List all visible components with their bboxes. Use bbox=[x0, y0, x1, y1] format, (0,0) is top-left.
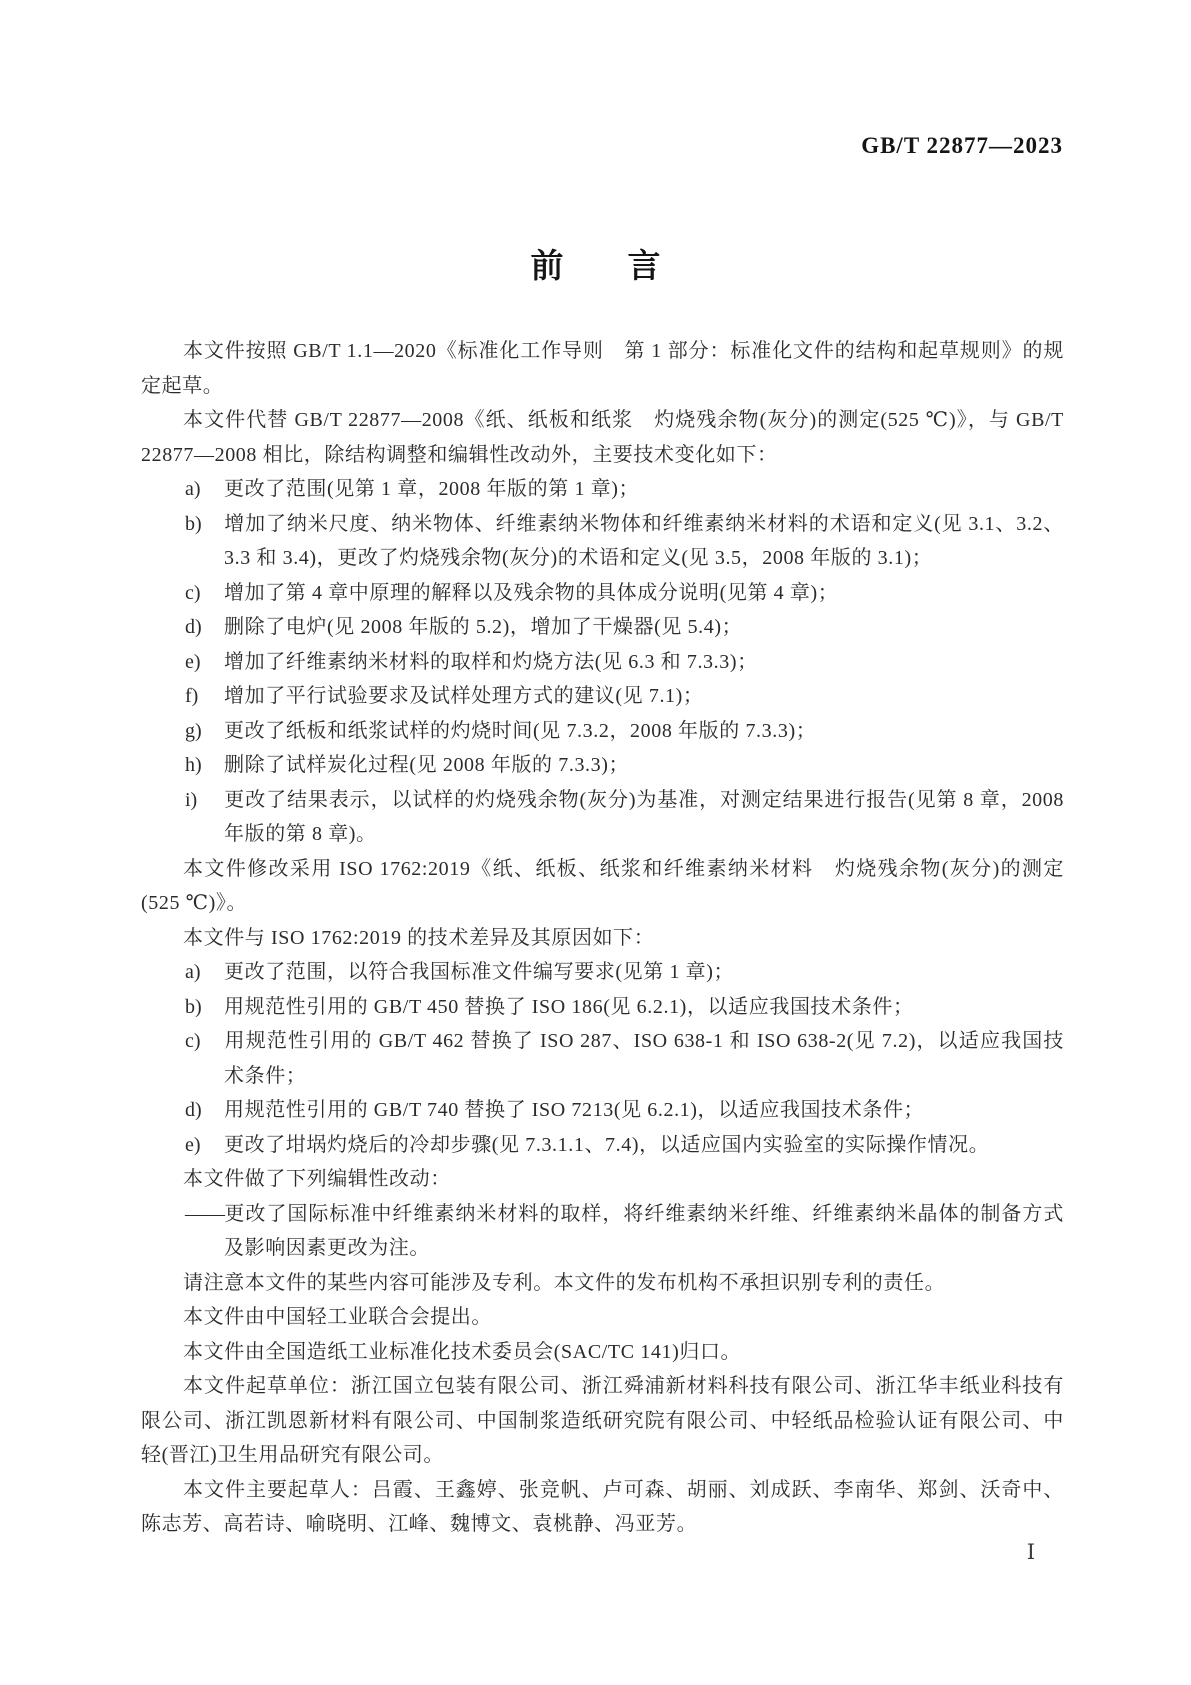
foreword-paragraph-centralized-by: 本文件由全国造纸工业标准化技术委员会(SAC/TC 141)归口。 bbox=[141, 1335, 1064, 1370]
list-marker: f) bbox=[185, 679, 224, 714]
foreword-paragraph-patent: 请注意本文件的某些内容可能涉及专利。本文件的发布机构不承担识别专利的责任。 bbox=[141, 1266, 1064, 1301]
foreword-content: 本文件按照 GB/T 1.1—2020《标准化工作导则 第 1 部分：标准化文件… bbox=[141, 334, 1064, 1542]
list-marker: a) bbox=[185, 472, 224, 507]
page-title: 前言 bbox=[0, 240, 1191, 287]
foreword-paragraph-iso-differences-intro: 本文件与 ISO 1762:2019 的技术差异及其原因如下： bbox=[141, 921, 1064, 956]
change-item-g: g)更改了纸板和纸浆试样的灼烧时间(见 7.3.2，2008 年版的 7.3.3… bbox=[185, 714, 1064, 749]
list-marker: e) bbox=[185, 645, 224, 680]
iso-difference-item-e: e)更改了坩埚灼烧后的冷却步骤(见 7.3.1.1、7.4)，以适应国内实验室的… bbox=[185, 1128, 1064, 1163]
change-item-e: e)增加了纤维素纳米材料的取样和灼烧方法(见 6.3 和 7.3.3)； bbox=[185, 645, 1064, 680]
iso-difference-item-b: b)用规范性引用的 GB/T 450 替换了 ISO 186(见 6.2.1)，… bbox=[185, 990, 1064, 1025]
editorial-change-item: ——更改了国际标准中纤维素纳米材料的取样，将纤维素纳米纤维、纤维素纳米晶体的制备… bbox=[185, 1197, 1064, 1266]
change-item-c: c)增加了第 4 章中原理的解释以及残余物的具体成分说明(见第 4 章)； bbox=[185, 576, 1064, 611]
change-item-b: b)增加了纳米尺度、纳米物体、纤维素纳米物体和纤维素纳米材料的术语和定义(见 3… bbox=[185, 507, 1064, 576]
document-code: GB/T 22877—2023 bbox=[861, 133, 1063, 159]
iso-difference-item-a: a)更改了范围，以符合我国标准文件编写要求(见第 1 章)； bbox=[185, 955, 1064, 990]
list-item-text: 增加了纳米尺度、纳米物体、纤维素纳米物体和纤维素纳米材料的术语和定义(见 3.1… bbox=[224, 513, 1064, 570]
foreword-paragraph-drafters: 本文件主要起草人：吕霞、王鑫婷、张竞帆、卢可森、胡丽、刘成跃、李南华、郑剑、沃奇… bbox=[141, 1473, 1064, 1542]
list-marker: a) bbox=[185, 955, 224, 990]
list-item-text: 更改了范围(见第 1 章，2008 年版的第 1 章)； bbox=[224, 478, 639, 500]
list-item-text: 用规范性引用的 GB/T 450 替换了 ISO 186(见 6.2.1)，以适… bbox=[224, 996, 914, 1018]
list-marker: g) bbox=[185, 714, 224, 749]
foreword-paragraph-drafting-orgs: 本文件起草单位：浙江国立包装有限公司、浙江舜浦新材料科技有限公司、浙江华丰纸业科… bbox=[141, 1369, 1064, 1473]
list-item-text: 删除了试样炭化过程(见 2008 年版的 7.3.3)； bbox=[224, 754, 629, 776]
list-marker: d) bbox=[185, 1093, 224, 1128]
change-item-i: i)更改了结果表示，以试样的灼烧残余物(灰分)为基准，对测定结果进行报告(见第 … bbox=[185, 783, 1064, 852]
standard-document-page: GB/T 22877—2023 前言 本文件按照 GB/T 1.1—2020《标… bbox=[0, 0, 1191, 1685]
foreword-paragraph-basis: 本文件按照 GB/T 1.1—2020《标准化工作导则 第 1 部分：标准化文件… bbox=[141, 334, 1064, 403]
list-item-text: 更改了范围，以符合我国标准文件编写要求(见第 1 章)； bbox=[224, 961, 734, 983]
foreword-paragraph-editorial-intro: 本文件做了下列编辑性改动： bbox=[141, 1162, 1064, 1197]
dash-marker: —— bbox=[185, 1197, 224, 1232]
list-marker: c) bbox=[185, 576, 224, 611]
foreword-paragraph-iso-adoption: 本文件修改采用 ISO 1762:2019《纸、纸板、纸浆和纤维素纳米材料 灼烧… bbox=[141, 852, 1064, 921]
list-marker: e) bbox=[185, 1128, 224, 1163]
list-item-text: 更改了结果表示，以试样的灼烧残余物(灰分)为基准，对测定结果进行报告(见第 8 … bbox=[224, 789, 1064, 846]
change-item-d: d)删除了电炉(见 2008 年版的 5.2)，增加了干燥器(见 5.4)； bbox=[185, 610, 1064, 645]
list-item-text: 用规范性引用的 GB/T 462 替换了 ISO 287、ISO 638-1 和… bbox=[224, 1030, 1064, 1087]
list-item-text: 删除了电炉(见 2008 年版的 5.2)，增加了干燥器(见 5.4)； bbox=[224, 616, 742, 638]
list-marker: b) bbox=[185, 507, 224, 542]
change-item-h: h)删除了试样炭化过程(见 2008 年版的 7.3.3)； bbox=[185, 748, 1064, 783]
iso-difference-item-c: c)用规范性引用的 GB/T 462 替换了 ISO 287、ISO 638-1… bbox=[185, 1024, 1064, 1093]
list-marker: b) bbox=[185, 990, 224, 1025]
list-marker: h) bbox=[185, 748, 224, 783]
list-marker: d) bbox=[185, 610, 224, 645]
list-item-text: 更改了纸板和纸浆试样的灼烧时间(见 7.3.2，2008 年版的 7.3.3)； bbox=[224, 720, 816, 742]
list-item-text: 增加了平行试验要求及试样处理方式的建议(见 7.1)； bbox=[224, 685, 704, 707]
list-item-text: 用规范性引用的 GB/T 740 替换了 ISO 7213(见 6.2.1)，以… bbox=[224, 1099, 924, 1121]
list-marker: c) bbox=[185, 1024, 224, 1059]
page-number: Ⅰ bbox=[1027, 1540, 1035, 1565]
change-item-f: f)增加了平行试验要求及试样处理方式的建议(见 7.1)； bbox=[185, 679, 1064, 714]
list-item-text: 增加了纤维素纳米材料的取样和灼烧方法(见 6.3 和 7.3.3)； bbox=[224, 651, 758, 673]
list-item-text: 增加了第 4 章中原理的解释以及残余物的具体成分说明(见第 4 章)； bbox=[224, 582, 838, 604]
list-item-text: 更改了国际标准中纤维素纳米材料的取样，将纤维素纳米纤维、纤维素纳米晶体的制备方式… bbox=[224, 1203, 1064, 1260]
foreword-paragraph-proposed-by: 本文件由中国轻工业联合会提出。 bbox=[141, 1300, 1064, 1335]
change-item-a: a)更改了范围(见第 1 章，2008 年版的第 1 章)； bbox=[185, 472, 1064, 507]
foreword-paragraph-replaces: 本文件代替 GB/T 22877—2008《纸、纸板和纸浆 灼烧残余物(灰分)的… bbox=[141, 403, 1064, 472]
list-item-text: 更改了坩埚灼烧后的冷却步骤(见 7.3.1.1、7.4)，以适应国内实验室的实际… bbox=[224, 1134, 989, 1156]
iso-difference-item-d: d)用规范性引用的 GB/T 740 替换了 ISO 7213(见 6.2.1)… bbox=[185, 1093, 1064, 1128]
list-marker: i) bbox=[185, 783, 224, 818]
